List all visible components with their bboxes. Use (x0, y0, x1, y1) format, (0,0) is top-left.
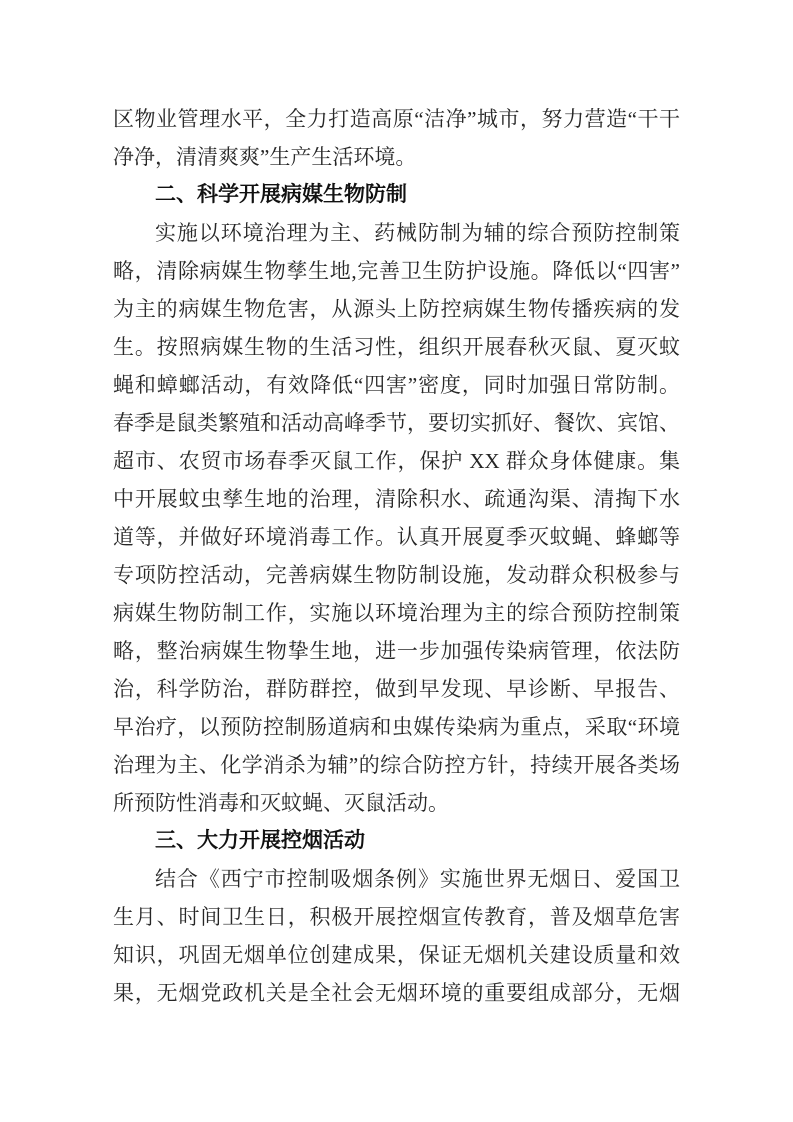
text-line: 所预防性消毒和灭蚊蝇、灭鼠活动。 (113, 784, 680, 822)
text-line: 略，清除病媒生物孳生地,完善卫生防护设施。降低以“四害” (113, 252, 680, 290)
text-line: 果，无烟党政机关是全社会无烟环境的重要组成部分，无烟 (113, 974, 680, 1012)
text-line: 略，整治病媒生物挚生地，进一步加强传染病管理，依法防 (113, 632, 680, 670)
document-body: 区物业管理水平，全力打造高原“洁净”城市，努力营造“干干净净，清清爽爽”生产生活… (0, 0, 793, 1012)
text-line: 早治疗，以预防控制肠道病和虫媒传染病为重点，采取“环境 (113, 708, 680, 746)
text-line: 蝇和蟑螂活动，有效降低“四害”密度，同时加强日常防制。 (113, 366, 680, 404)
section-heading: 三、大力开展控烟活动 (113, 822, 680, 860)
text-line: 病媒生物防制工作，实施以环境治理为主的综合预防控制策 (113, 594, 680, 632)
text-line: 中开展蚊虫孳生地的治理，清除积水、疏通沟渠、清掏下水 (113, 480, 680, 518)
text-line: 生月、时间卫生日，积极开展控烟宣传教育，普及烟草危害 (113, 898, 680, 936)
text-line: 道等，并做好环境消毒工作。认真开展夏季灭蚊蝇、蜂螂等 (113, 518, 680, 556)
text-line: 生。按照病媒生物的生活习性，组织开展春秋灭鼠、夏灭蚊 (113, 328, 680, 366)
text-line: 净净，清清爽爽”生产生活环境。 (113, 138, 680, 176)
text-line: 专项防控活动，完善病媒生物防制设施，发动群众积极参与 (113, 556, 680, 594)
text-line: 春季是鼠类繁殖和活动高峰季节，要切实抓好、餐饮、宾馆、 (113, 404, 680, 442)
text-line: 治，科学防治，群防群控，做到早发现、早诊断、早报告、 (113, 670, 680, 708)
text-line: 治理为主、化学消杀为辅”的综合防控方针，持续开展各类场 (113, 746, 680, 784)
text-line: 超市、农贸市场春季灭鼠工作，保护 XX 群众身体健康。集 (113, 442, 680, 480)
section-heading: 二、科学开展病媒生物防制 (113, 176, 680, 214)
document-page: 区物业管理水平，全力打造高原“洁净”城市，努力营造“干干净净，清清爽爽”生产生活… (0, 0, 793, 1122)
text-line: 实施以环境治理为主、药械防制为辅的综合预防控制策 (113, 214, 680, 252)
text-line: 区物业管理水平，全力打造高原“洁净”城市，努力营造“干干 (113, 100, 680, 138)
text-line: 为主的病媒生物危害，从源头上防控病媒生物传播疾病的发 (113, 290, 680, 328)
text-line: 知识，巩固无烟单位创建成果，保证无烟机关建设质量和效 (113, 936, 680, 974)
text-line: 结合《西宁市控制吸烟条例》实施世界无烟日、爱国卫 (113, 860, 680, 898)
